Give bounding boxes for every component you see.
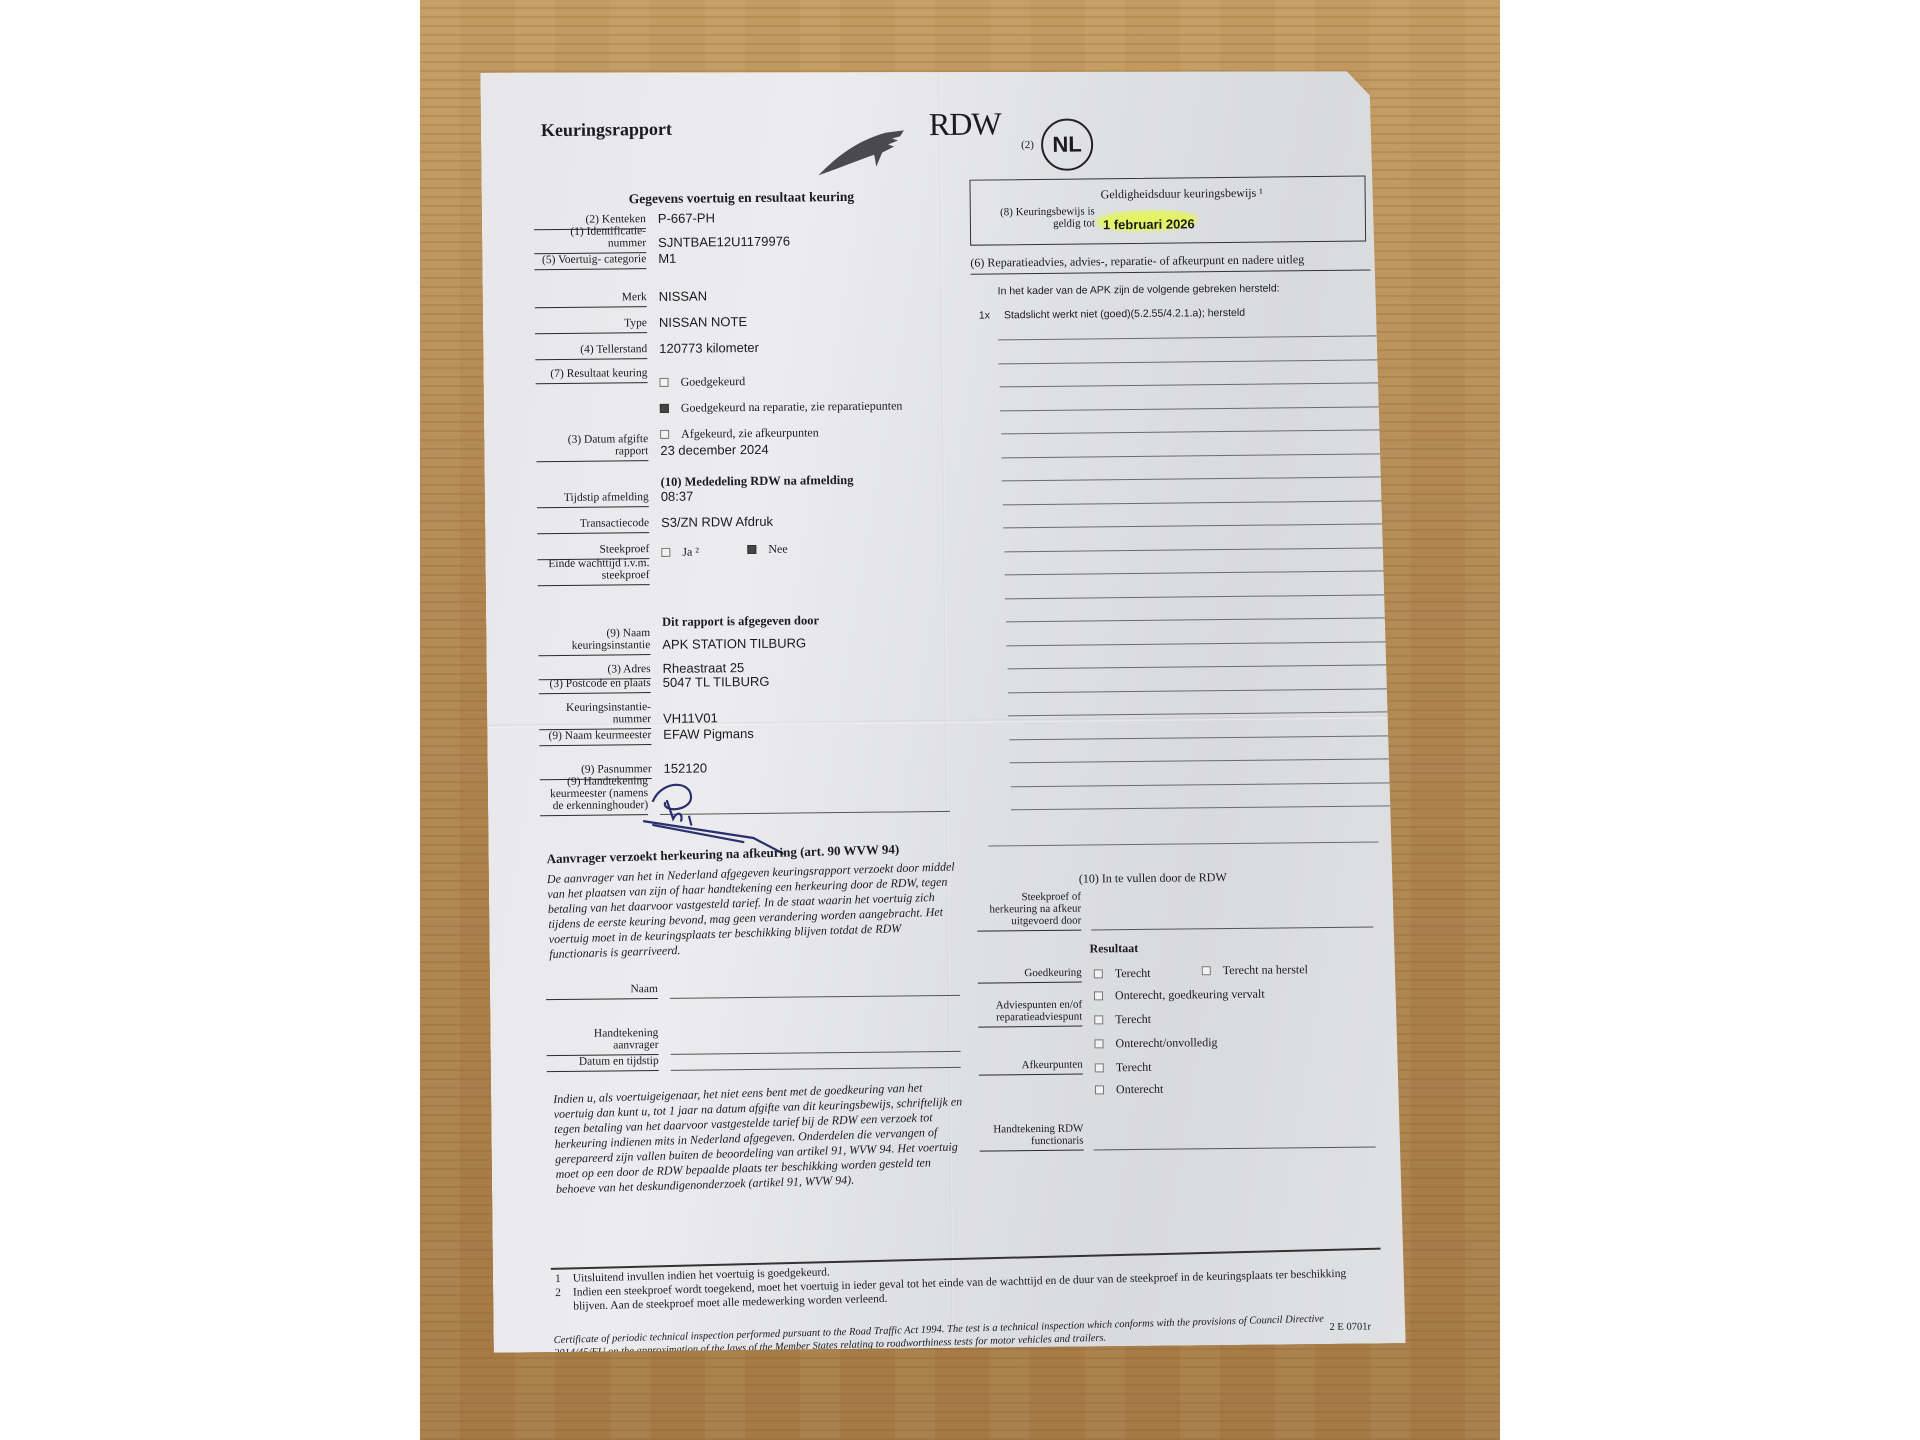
blank-ruled-line	[1004, 547, 1384, 552]
repair-qty: 1x	[979, 309, 990, 321]
field-label: Steekproef of herkeuring na afkeur uitge…	[977, 891, 1081, 932]
field-tijdstip: Tijdstip afmelding 08:37	[537, 486, 947, 508]
validity-title: Geldigheidsduur keuringsbewijs ¹	[1101, 186, 1263, 203]
blank-ruled-line	[1003, 500, 1383, 505]
country-ref: (2)	[1021, 139, 1034, 151]
field-value: S3/ZN RDW Afdruk	[661, 514, 773, 533]
field-label: Transactiecode	[537, 517, 649, 534]
field-transactiecode: Transactiecode S3/ZN RDW Afdruk	[537, 512, 947, 534]
blank-ruled-line	[988, 841, 1378, 846]
field-label: (4) Tellerstand	[535, 343, 647, 360]
field-value: 08:37	[661, 489, 694, 507]
blank-ruled-line	[1010, 782, 1390, 787]
validity-label: (8) Keuringsbewijs is geldig tot	[987, 205, 1095, 230]
goedkeuring-terecht[interactable]: Terecht	[1094, 966, 1151, 982]
footnote-number: 1	[555, 1272, 561, 1286]
blank-ruled-line	[999, 359, 1379, 364]
field-postcode: (3) Postcode en plaats 5047 TL TILBURG	[539, 672, 949, 694]
checkbox-checked	[747, 545, 756, 554]
rdw-steekproef-row: Steekproef of herkeuring na afkeur uitge…	[977, 888, 1373, 932]
field-label: (5) Voertuig- categorie	[534, 253, 646, 270]
aanvrager-datum-row: Datum en tijdstip	[547, 1052, 961, 1072]
rdw-brand: RDW	[929, 105, 1001, 143]
field-label: Einde wachttijd i.v.m. steekproef	[537, 557, 649, 586]
field-label: (9) Naam keurmeester	[539, 729, 651, 746]
repair-text: Stadslicht werkt niet (goed)(5.2.55/4.2.…	[1004, 307, 1245, 322]
blank-ruled-line	[1001, 453, 1381, 458]
field-label: Handtekening RDW functionaris	[979, 1123, 1083, 1152]
validity-box: Geldigheidsduur keuringsbewijs ¹ (8) Keu…	[969, 176, 1366, 246]
field-label: (9) Handtekening keurmeester (namens de …	[540, 775, 649, 816]
checkbox-empty[interactable]	[1202, 966, 1211, 975]
field-value: 5047 TL TILBURG	[663, 674, 770, 693]
option-label: Onterecht/onvolledig	[1115, 1035, 1217, 1051]
field-label: Handtekening aanvrager	[546, 1027, 658, 1056]
field-label: Tijdstip afmelding	[537, 491, 649, 508]
checkbox-empty[interactable]	[1094, 1015, 1103, 1024]
checkbox-empty	[660, 378, 669, 387]
steekproef-line	[1091, 927, 1373, 931]
checkbox-empty[interactable]	[1095, 1085, 1104, 1094]
option-label: Terecht	[1115, 966, 1151, 981]
checkbox-empty	[661, 548, 670, 557]
checkbox-empty[interactable]	[1094, 1039, 1103, 1048]
field-label: Goedkeuring	[978, 967, 1082, 984]
field-value: 23 december 2024	[660, 442, 769, 461]
rdw-advies-row: Adviespunten en/of reparatieadviespunt	[978, 999, 1082, 1028]
footnote-number: 2	[555, 1286, 561, 1314]
rdw-section-heading: (10) In te vullen door de RDW	[1079, 870, 1227, 887]
validity-date: 1 februari 2026	[1103, 216, 1195, 232]
afkeur-onterecht[interactable]: Onterecht	[1095, 1082, 1163, 1098]
checkbox-empty[interactable]	[1094, 969, 1103, 978]
field-keurmeester: (9) Naam keurmeester EFAW Pigmans	[539, 724, 949, 746]
blank-ruled-line	[1008, 688, 1388, 693]
goedkeuring-terecht-na-herstel[interactable]: Terecht na herstel	[1202, 962, 1308, 978]
blank-ruled-line	[1001, 429, 1381, 434]
field-datum: (3) Datum afgifte rapport 23 december 20…	[536, 430, 946, 462]
rdw-feather-logo-icon	[816, 126, 907, 177]
field-label: Afkeurpunten	[979, 1059, 1083, 1076]
field-label: (9) Naam keuringsinstantie	[538, 627, 650, 656]
field-label: Type	[535, 317, 647, 334]
option-label: Onterecht	[1116, 1082, 1163, 1097]
checkbox-empty[interactable]	[1094, 991, 1103, 1000]
blank-ruled-line	[1010, 758, 1390, 763]
naam-line	[670, 995, 960, 999]
field-naam-keuringsinstantie: (9) Naam keuringsinstantie APK STATION T…	[538, 624, 948, 656]
aanvrager-handtekening-row: Handtekening aanvrager	[546, 1024, 960, 1056]
field-einde-wachttijd: Einde wachttijd i.v.m. steekproef	[537, 554, 947, 586]
blank-ruled-line	[1007, 664, 1387, 669]
blank-ruled-line	[1009, 735, 1389, 740]
checkbox-checked	[660, 404, 669, 413]
footnote-divider	[551, 1248, 1381, 1270]
document-title: Keuringsrapport	[541, 119, 672, 141]
result-option-goedgekeurd-na-reparatie: Goedgekeurd na reparatie, zie reparatiep…	[660, 398, 903, 416]
option-label: Goedgekeurd na reparatie, zie reparatiep…	[681, 398, 903, 415]
field-value: APK STATION TILBURG	[662, 635, 806, 655]
repair-heading: (6) Reparatieadvies, advies-, reparatie-…	[970, 252, 1370, 275]
rdw-handtekening-row: Handtekening RDW functionaris	[979, 1119, 1375, 1151]
blank-ruled-line	[1002, 476, 1382, 481]
blank-ruled-line	[1005, 570, 1385, 575]
blank-ruled-line	[999, 382, 1379, 387]
afkeur-terecht[interactable]: Terecht	[1095, 1060, 1152, 1076]
inspection-report-paper: Keuringsrapport RDW (2) NL Gegevens voer…	[480, 63, 1405, 1352]
option-label: Terecht	[1116, 1060, 1152, 1075]
herkeuring-paragraph: Indien u, als voertuigeigenaar, het niet…	[553, 1079, 966, 1197]
field-voertuigcategorie: (5) Voertuig- categorie M1	[534, 248, 944, 270]
option-label: Goedgekeurd	[680, 374, 745, 390]
field-value: NISSAN NOTE	[659, 314, 747, 333]
field-label: Keuringsinstantie- nummer	[539, 701, 651, 730]
repair-item: 1x Stadslicht werkt niet (goed)(5.2.55/4…	[979, 307, 1245, 322]
blank-ruled-line	[1003, 523, 1383, 528]
country-code-badge: NL	[1041, 118, 1094, 171]
field-tellerstand: (4) Tellerstand 120773 kilometer	[535, 338, 945, 360]
field-value: 120773 kilometer	[659, 340, 759, 359]
blank-ruled-line	[1007, 641, 1387, 646]
option-label: Terecht na herstel	[1223, 962, 1308, 978]
rdw-afkeur-row: Afkeurpunten	[979, 1059, 1083, 1076]
repair-intro: In het kader van de APK zijn de volgende…	[998, 282, 1280, 297]
form-code: 2 E 0701r	[1329, 1322, 1371, 1333]
field-label: (3) Datum afgifte rapport	[536, 433, 648, 462]
field-value: M1	[658, 251, 676, 269]
field-type: Type NISSAN NOTE	[535, 312, 945, 334]
field-merk: Merk NISSAN	[535, 286, 945, 308]
option-label: Terecht	[1115, 1012, 1151, 1027]
advies-onterecht[interactable]: Onterecht/onvolledig	[1094, 1035, 1217, 1051]
blank-ruled-line	[998, 335, 1378, 340]
goedkeuring-onterecht[interactable]: Onterecht, goedkeuring vervalt	[1094, 987, 1265, 1004]
rdw-goedkeuring-row: Goedkeuring	[978, 967, 1082, 984]
option-label: Nee	[768, 542, 787, 557]
blank-ruled-line	[1011, 805, 1391, 810]
result-option-goedgekeurd: Goedgekeurd	[659, 374, 745, 390]
field-label: Adviespunten en/of reparatieadviespunt	[978, 999, 1082, 1028]
blank-ruled-line	[1000, 406, 1380, 411]
blank-ruled-line	[1006, 617, 1386, 622]
blank-ruled-line	[1005, 594, 1385, 599]
rdw-signature-line	[1094, 1146, 1376, 1150]
field-label: (1) Identificatie- nummer	[534, 225, 646, 254]
field-value: EFAW Pigmans	[663, 726, 754, 745]
option-label: Onterecht, goedkeuring vervalt	[1115, 987, 1265, 1004]
advies-terecht[interactable]: Terecht	[1094, 1012, 1151, 1028]
field-label: Datum en tijdstip	[547, 1055, 659, 1072]
field-label: (3) Postcode en plaats	[539, 677, 651, 694]
checkbox-empty[interactable]	[1095, 1063, 1104, 1072]
field-label: (7) Resultaat keuring	[535, 367, 647, 384]
datum-line	[671, 1067, 961, 1071]
field-value: NISSAN	[659, 288, 708, 307]
field-label: Naam	[546, 983, 658, 1000]
aanvrager-paragraph: De aanvrager van het in Nederland afgege…	[547, 859, 960, 962]
aanvrager-naam-row: Naam	[546, 980, 960, 1000]
section-vehicle-heading: Gegevens voertuig en resultaat keuring	[629, 189, 855, 207]
field-label: Merk	[535, 291, 647, 308]
resultaat-heading: Resultaat	[1089, 941, 1138, 957]
